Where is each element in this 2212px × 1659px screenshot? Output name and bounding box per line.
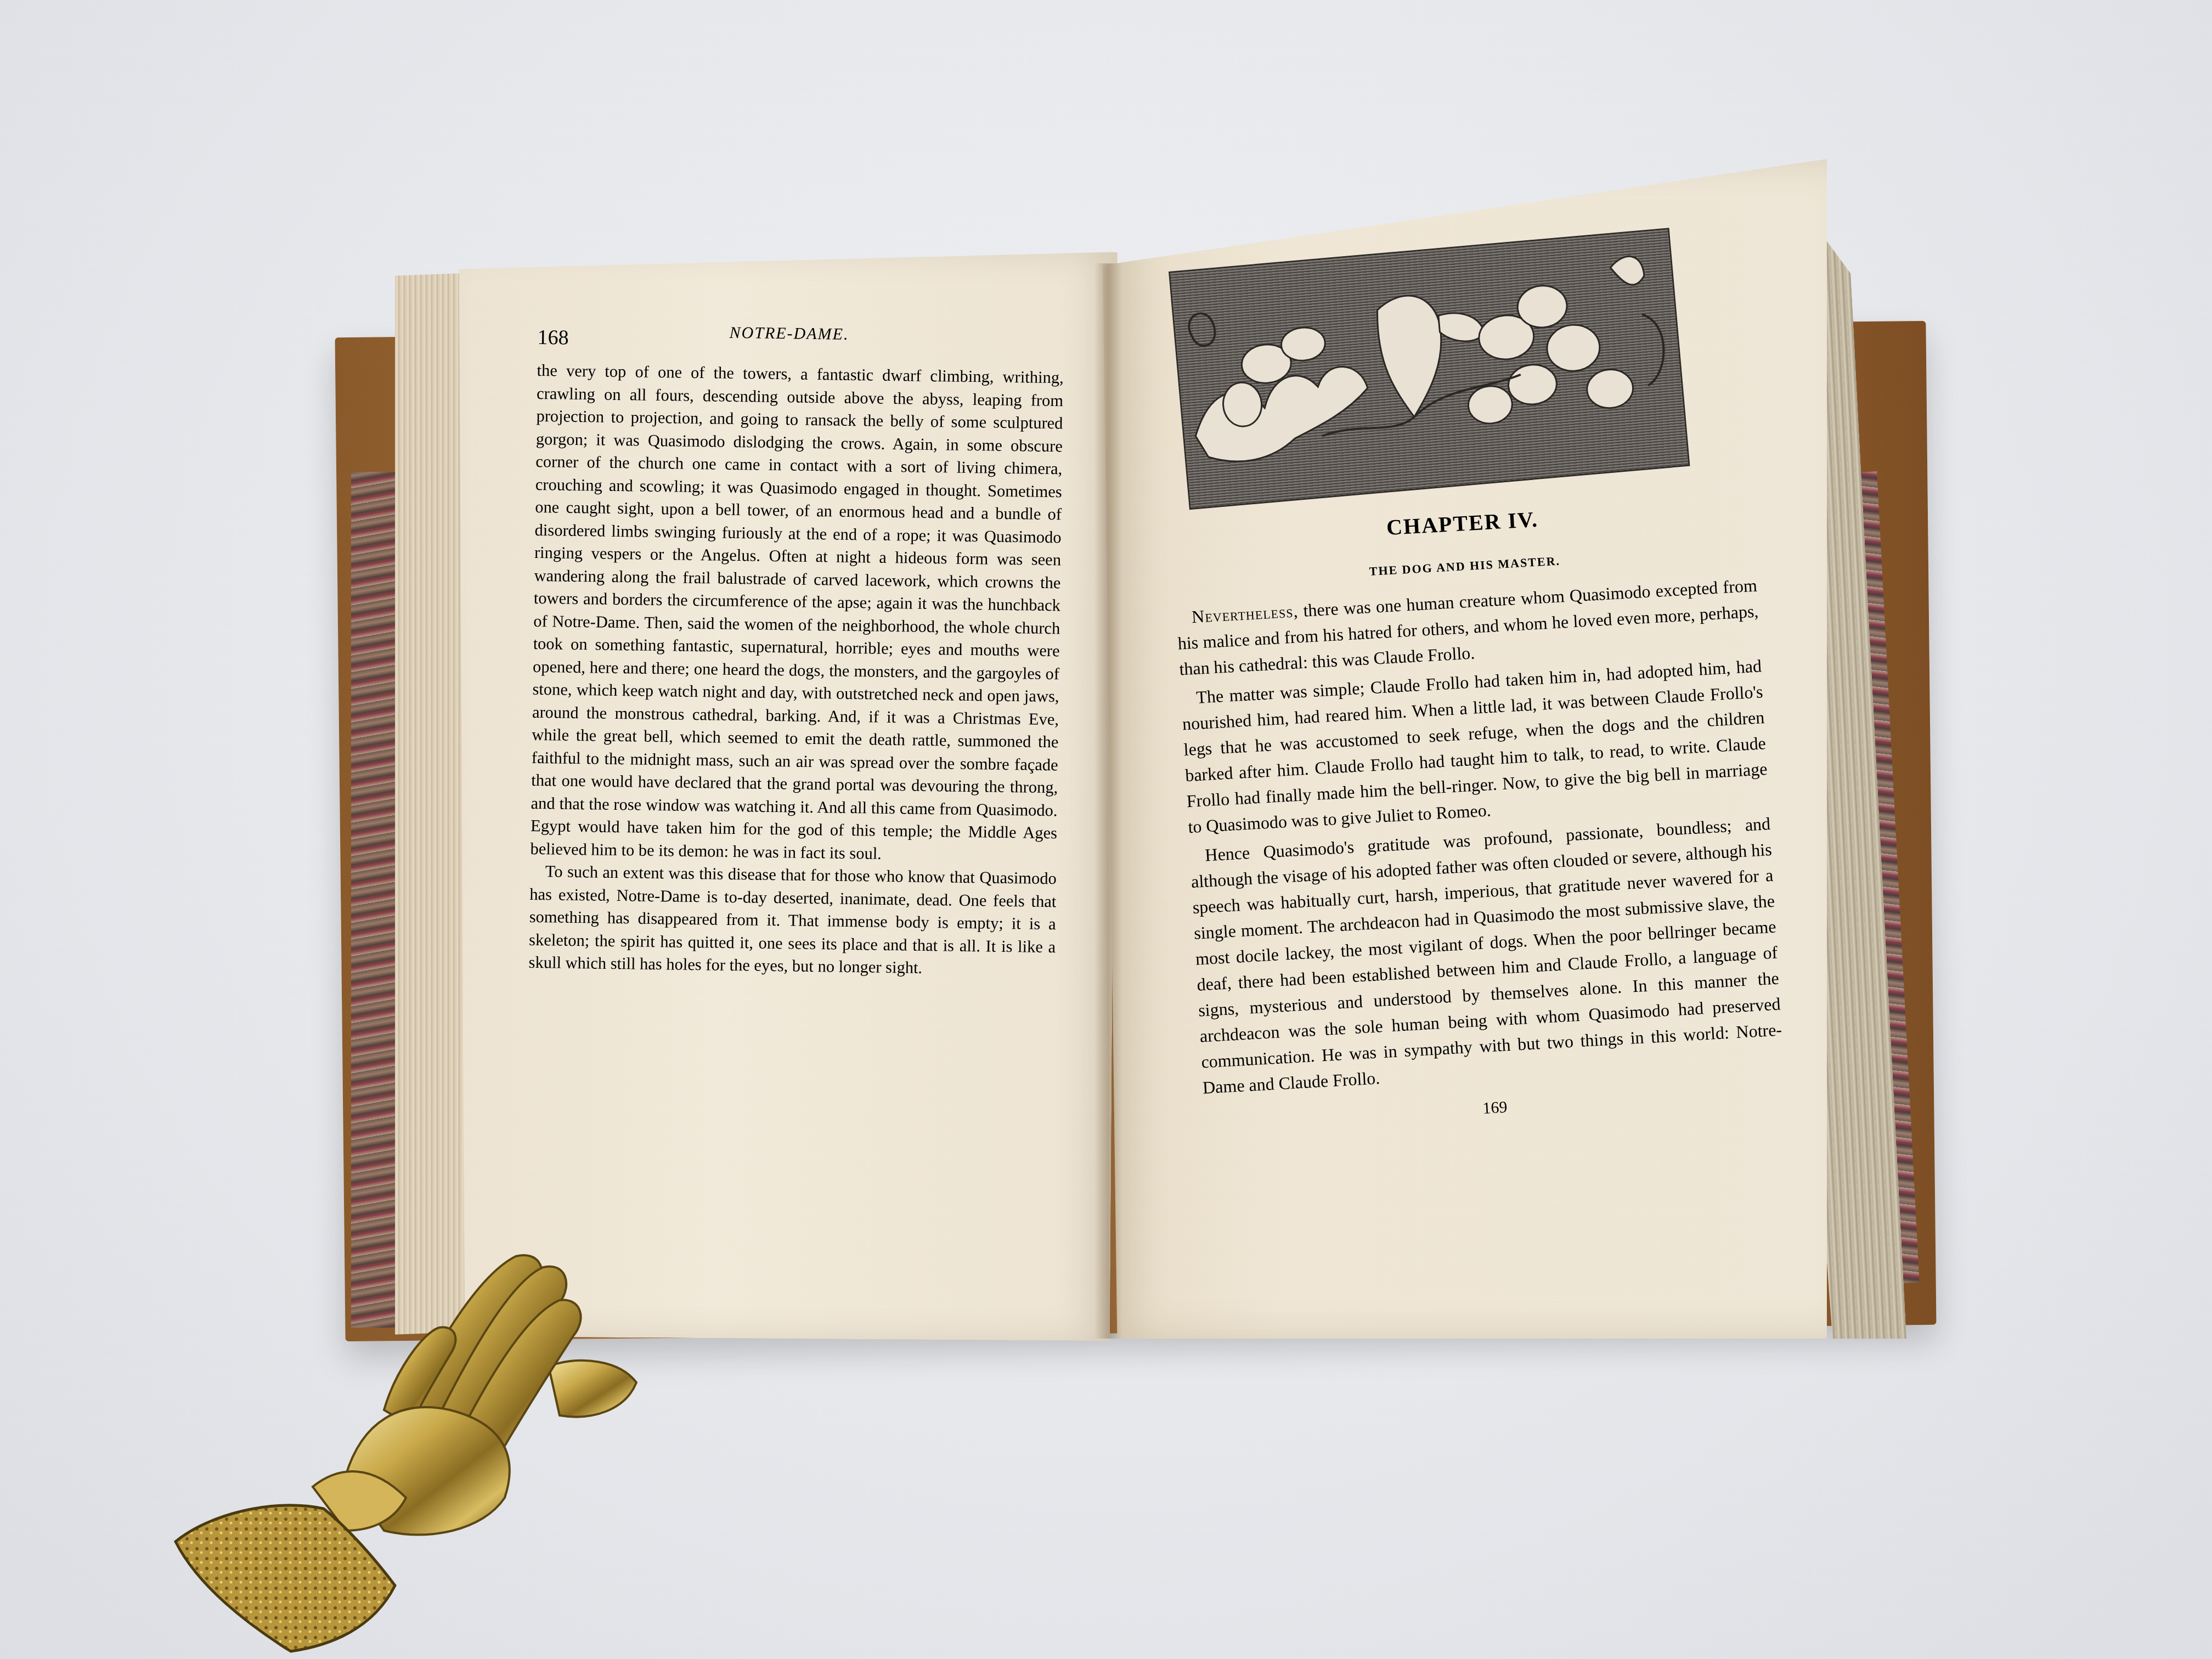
first-word: Nevertheless,: [1191, 601, 1299, 627]
left-page-content: 168 NOTRE-DAME. the very top of one of t…: [528, 321, 1064, 981]
paragraph: Hence Quasimodo's gratitude was profound…: [1189, 811, 1784, 1101]
running-title: NOTRE-DAME.: [729, 324, 849, 344]
photo-scene: 168 NOTRE-DAME. the very top of one of t…: [0, 0, 2212, 1659]
paragraph: The matter was simple; Claude Frollo had…: [1180, 653, 1769, 840]
paragraph: the very top of one of the towers, a fan…: [530, 359, 1064, 867]
running-head: 168 NOTRE-DAME.: [537, 321, 1064, 366]
page-number-left: 168: [537, 325, 569, 350]
left-body-text: the very top of one of the towers, a fan…: [528, 359, 1064, 981]
right-body-text: Nevertheless, there was one human creatu…: [1176, 573, 1784, 1101]
paragraph: To such an extent was this disease that …: [528, 860, 1057, 981]
right-page-content: CHAPTER IV. THE DOG AND HIS MASTER. Neve…: [1171, 494, 1786, 1133]
foliage-engraving-icon: [1169, 228, 1690, 510]
book-gutter: [1094, 263, 1122, 1339]
brass-hand-clip-icon: [165, 1190, 713, 1657]
